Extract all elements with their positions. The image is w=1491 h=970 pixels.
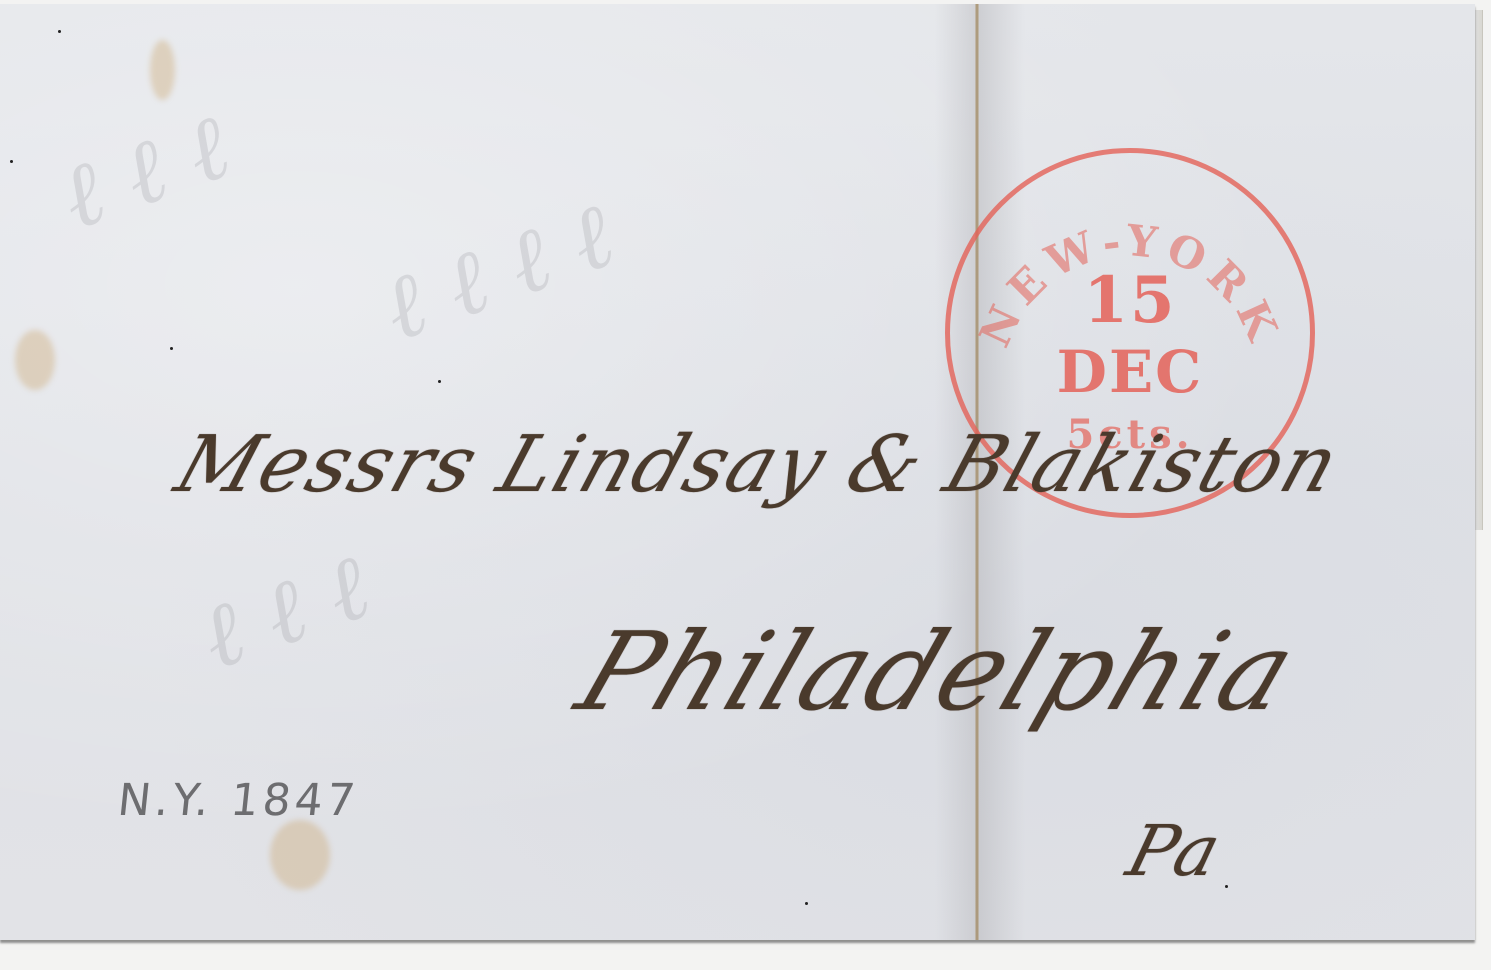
foxing-stain [270,820,330,890]
paper-speck [10,160,13,163]
paper-speck [1225,885,1228,888]
address-city: Philadelphia [562,610,1312,735]
paper-speck [58,30,61,33]
pencil-annotation: N.Y. 1847 [115,775,361,826]
addressee-name: Messrs Lindsay & Blakiston [165,420,1351,510]
paper-speck [170,347,173,350]
paper-speck [805,902,808,905]
foxing-stain [15,330,55,390]
postmark-month: DEC [950,338,1310,406]
postmark-day: 15 [950,263,1310,338]
paper-speck [438,380,441,383]
foxing-stain [150,40,175,100]
